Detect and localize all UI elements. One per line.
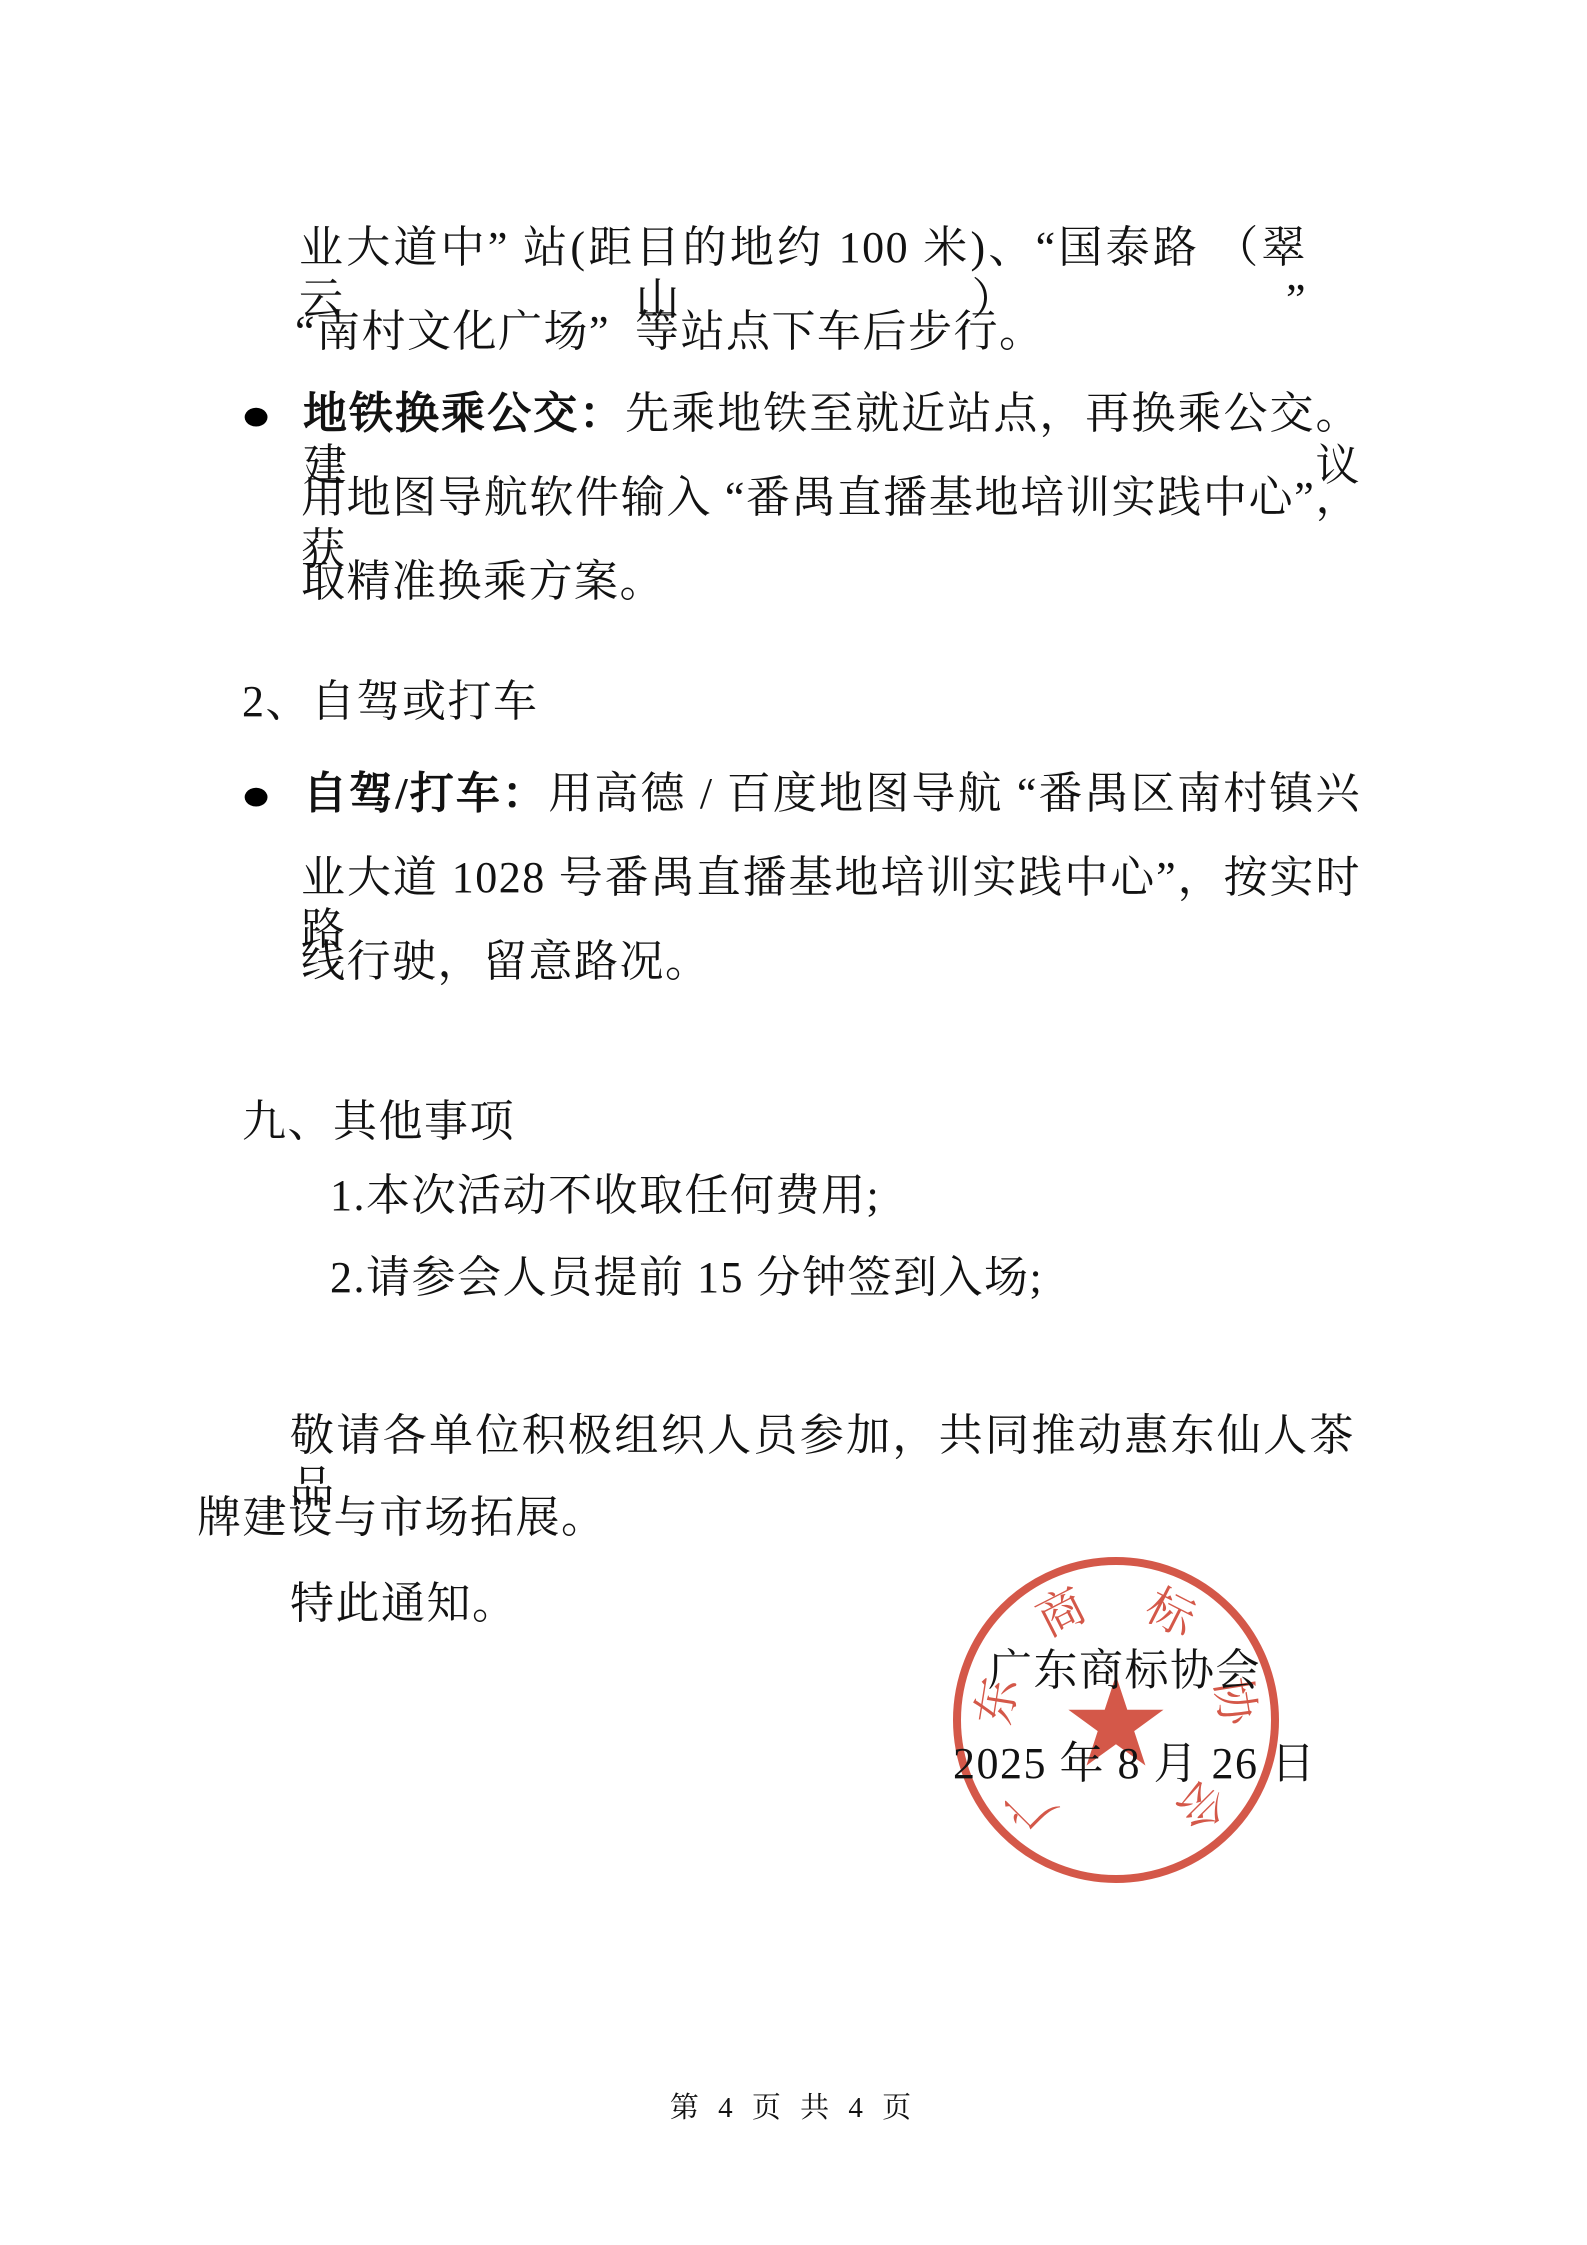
bullet-item-label: 地铁换乘公交：: [303, 389, 625, 438]
document-page: ★ 广东商标协会 业大道中” 站(距目的地约 100 米)、“国泰路 （翠云山）…: [0, 0, 1587, 2245]
official-seal: ★ 广东商标协会: [953, 1557, 1279, 1883]
bullet-item-continuation: 取精准换乘方案。: [301, 556, 665, 608]
bullet-item-driving: 自驾/打车：用高德 / 百度地图导航 “番禺区南村镇兴: [303, 768, 1361, 820]
signature-org: 广东商标协会: [988, 1645, 1261, 1697]
signature-date: 2025 年 8 月 26 日: [953, 1738, 1317, 1790]
page-number: 第 4 页 共 4 页: [0, 2085, 1587, 2126]
section-heading-2: 2、自驾或打车: [242, 676, 539, 728]
bullet-icon: ●: [243, 401, 269, 430]
body-line: “南村文化广场” 等站点下车后步行。: [295, 306, 1045, 358]
section-heading-9: 九、其他事项: [242, 1096, 515, 1148]
bullet-icon: ●: [243, 781, 269, 810]
closing-notice: 特此通知。: [290, 1578, 518, 1630]
bullet-item-text: 用高德 / 百度地图导航 “番禺区南村镇兴: [548, 769, 1361, 818]
bullet-item-continuation: 线行驶，留意路况。: [301, 936, 711, 988]
list-item-2: 2.请参会人员提前 15 分钟签到入场;: [330, 1252, 1043, 1304]
bullet-item-label: 自驾/打车：: [303, 769, 548, 818]
list-item-1: 1.本次活动不收取任何费用;: [330, 1170, 880, 1222]
closing-paragraph-continuation: 牌建设与市场拓展。: [197, 1492, 607, 1544]
